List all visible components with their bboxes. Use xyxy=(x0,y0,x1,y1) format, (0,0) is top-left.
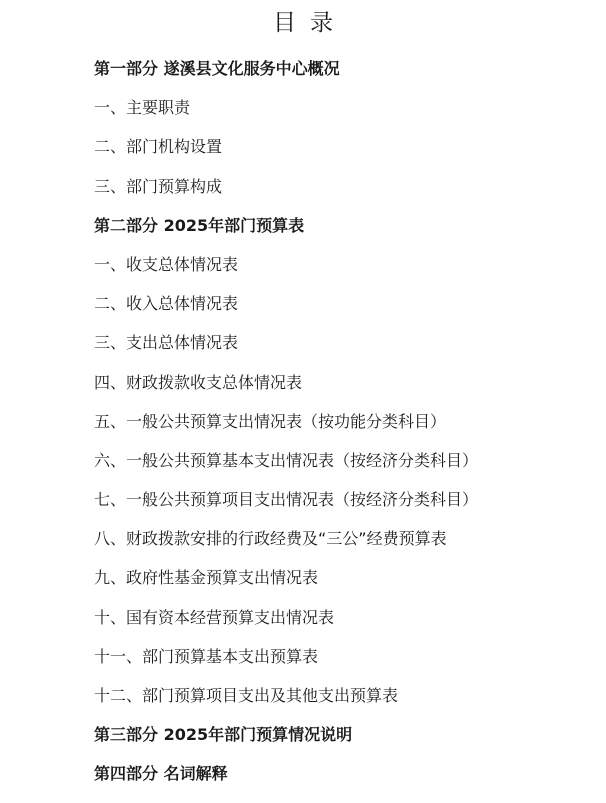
toc-part-2[interactable]: 第二部分 2025年部门预算表 xyxy=(94,215,478,254)
toc-item[interactable]: 二、部门机构设置 xyxy=(94,136,478,175)
toc-item[interactable]: 二、收入总体情况表 xyxy=(94,293,478,332)
toc-item[interactable]: 一、收支总体情况表 xyxy=(94,254,478,293)
toc-item[interactable]: 十、国有资本经营预算支出情况表 xyxy=(94,607,478,646)
toc-item[interactable]: 四、财政拨款收支总体情况表 xyxy=(94,372,478,411)
toc-item[interactable]: 三、支出总体情况表 xyxy=(94,332,478,371)
table-of-contents: 第一部分 遂溪县文化服务中心概况 一、主要职责 二、部门机构设置 三、部门预算构… xyxy=(94,58,478,803)
toc-item[interactable]: 六、一般公共预算基本支出情况表（按经济分类科目） xyxy=(94,450,478,489)
toc-item[interactable]: 十二、部门预算项目支出及其他支出预算表 xyxy=(94,685,478,724)
toc-item[interactable]: 七、一般公共预算项目支出情况表（按经济分类科目） xyxy=(94,489,478,528)
toc-part-3[interactable]: 第三部分 2025年部门预算情况说明 xyxy=(94,724,478,763)
toc-item[interactable]: 八、财政拨款安排的行政经费及“三公”经费预算表 xyxy=(94,528,478,567)
toc-item[interactable]: 十一、部门预算基本支出预算表 xyxy=(94,646,478,685)
toc-item[interactable]: 五、一般公共预算支出情况表（按功能分类科目） xyxy=(94,411,478,450)
toc-part-1[interactable]: 第一部分 遂溪县文化服务中心概况 xyxy=(94,58,478,97)
toc-title: 目录 xyxy=(0,4,606,37)
toc-item[interactable]: 三、部门预算构成 xyxy=(94,176,478,215)
toc-item[interactable]: 九、政府性基金预算支出情况表 xyxy=(94,567,478,606)
toc-part-4[interactable]: 第四部分 名词解释 xyxy=(94,763,478,802)
toc-item[interactable]: 一、主要职责 xyxy=(94,97,478,136)
